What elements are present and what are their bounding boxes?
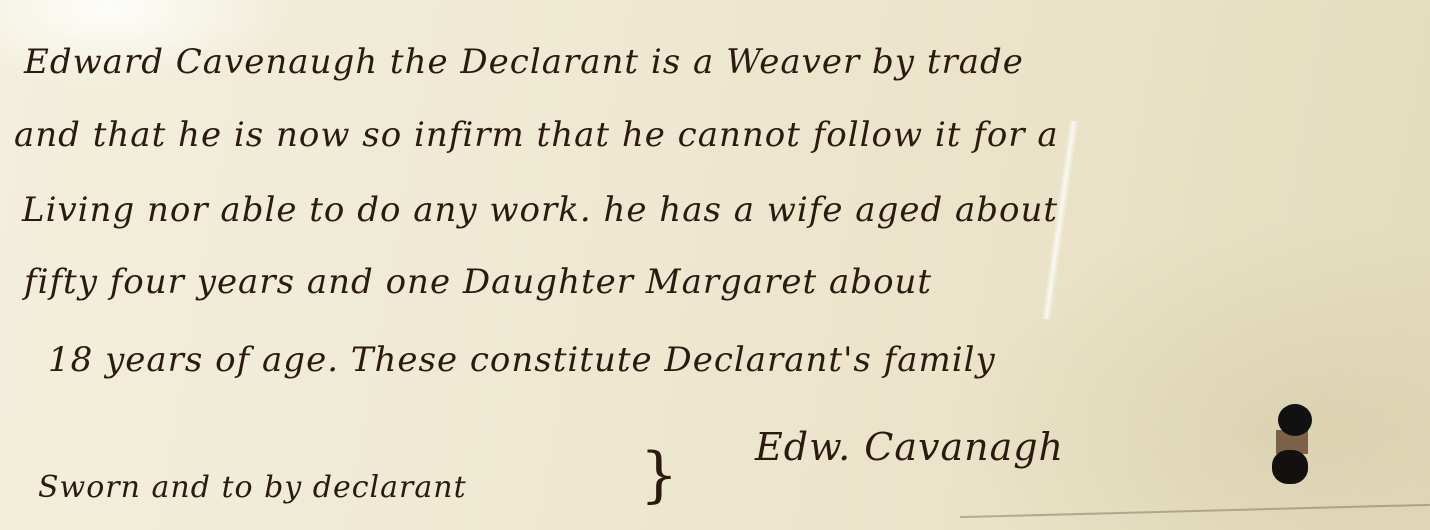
attestation-text: Sworn and to by declarant bbox=[38, 470, 467, 505]
paper-fold-line bbox=[960, 504, 1430, 518]
text-line-2: and that he is now so infirm that he can… bbox=[14, 115, 1059, 155]
text-line-3: Living nor able to do any work. he has a… bbox=[22, 190, 1058, 230]
signature: Edw. Cavanagh bbox=[755, 425, 1064, 469]
document-photo: Edward Cavenaugh the Declarant is a Weav… bbox=[0, 0, 1430, 530]
brace-mark: } bbox=[640, 440, 679, 510]
text-line-1: Edward Cavenaugh the Declarant is a Weav… bbox=[24, 42, 1024, 82]
text-line-4: fifty four years and one Daughter Margar… bbox=[24, 262, 932, 302]
seal-top-icon bbox=[1278, 404, 1312, 436]
seal-bottom-icon bbox=[1272, 450, 1308, 484]
text-line-5: 18 years of age. These constitute Declar… bbox=[48, 340, 996, 380]
